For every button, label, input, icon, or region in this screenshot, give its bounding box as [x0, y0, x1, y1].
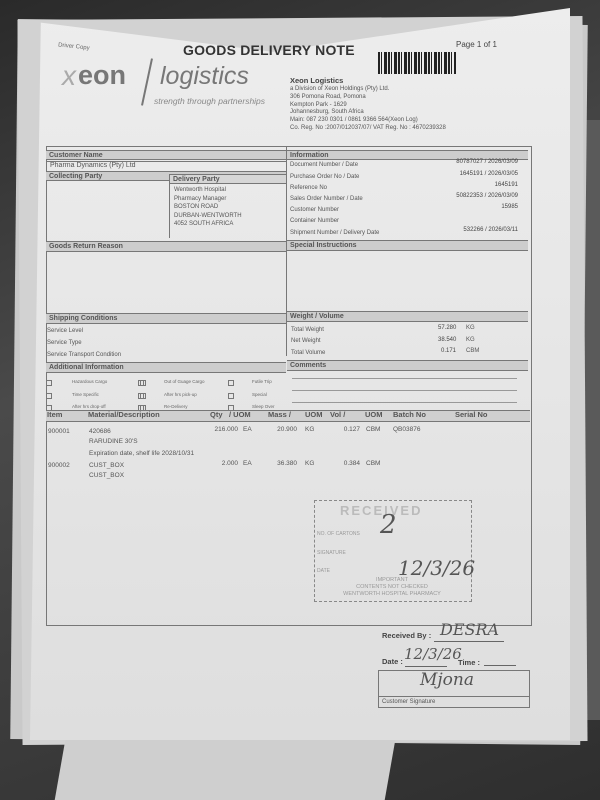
uom: EA — [243, 460, 252, 467]
logo-x: x — [62, 60, 76, 92]
column-header: Serial No — [455, 410, 488, 419]
divider — [46, 161, 286, 162]
page-indicator: Page 1 of 1 — [456, 40, 497, 49]
customer-name-header: Customer Name — [46, 150, 286, 160]
column-header: Material/Description — [88, 410, 160, 419]
stamp-pharmacy: WENTWORTH HOSPITAL PHARMACY — [314, 591, 470, 597]
column-header: UOM — [305, 410, 323, 419]
barcode-icon — [378, 52, 456, 74]
company-line: Kempton Park - 1629 — [290, 102, 446, 110]
received-by-line — [434, 641, 504, 642]
info-row-value: 15985 — [501, 204, 518, 210]
received-by-label: Received By : — [382, 631, 431, 640]
address-line: Wentworth Hospital — [174, 186, 242, 195]
column-header: / UOM — [229, 410, 251, 419]
info-row-value: 532266 / 2026/03/11 — [463, 227, 518, 233]
volume-uom: CBM — [366, 460, 380, 467]
info-row-label: Customer Number — [290, 207, 339, 213]
company-line: Johannesburg, South Africa — [290, 109, 446, 117]
column-header: Batch No — [393, 410, 426, 419]
mass: 20.900 — [277, 426, 297, 433]
time-label: Time : — [458, 658, 480, 667]
weight-volume-header: Weight / Volume — [287, 311, 528, 322]
stamp-notice: CONTENTS NOT CHECKED — [314, 584, 470, 590]
mass-uom: KG — [305, 426, 314, 433]
material-number: 420686 — [89, 428, 111, 435]
uom: EA — [243, 426, 252, 433]
company-address-block: Xeon Logistics a Division of Xeon Holdin… — [290, 76, 446, 133]
weight-row-label: Total Weight — [291, 327, 324, 333]
volume: 0.384 — [344, 460, 360, 467]
option-checkbox[interactable] — [228, 380, 234, 386]
customer-name-value: Pharma Dynamics (Pty) Ltd — [50, 162, 136, 169]
info-row-value: 50822353 / 2026/03/09 — [456, 193, 518, 199]
column-header: UOM — [365, 410, 383, 419]
option-checkbox[interactable] — [46, 380, 52, 386]
comment-line — [292, 378, 517, 379]
stamp-date-label: DATE — [317, 568, 330, 574]
option-label: Special — [252, 392, 267, 397]
info-row-value: 1645191 / 2026/03/05 — [460, 171, 518, 177]
signature-divider — [378, 696, 529, 697]
logo-tagline: strength through partnerships — [154, 96, 265, 106]
company-line: 306 Pomona Road, Pomona — [290, 94, 446, 102]
info-row-label: Reference No — [290, 185, 327, 191]
total-weight-value: 57.280 — [438, 325, 456, 331]
divider — [169, 174, 170, 238]
company-line: Co. Reg. No :2007/012037/07/ VAT Reg. No… — [290, 125, 446, 133]
shipping-row-label: Service Type — [47, 340, 82, 346]
address-line: Pharmacy Manager — [174, 195, 242, 204]
additional-info-header: Additional Information — [46, 362, 286, 373]
item-number: 900001 — [48, 428, 70, 435]
received-by-value: DESRA — [440, 620, 499, 639]
underlying-paper — [55, 740, 396, 800]
option-label: After hrs pick-up — [164, 392, 197, 397]
material-description: RARUDINE 30'S — [89, 438, 138, 445]
address-line: DURBAN-WENTWORTH — [174, 212, 242, 221]
info-row-label: Container Number — [290, 218, 339, 224]
company-line: a Division of Xeon Holdings (Pty) Ltd. — [290, 86, 446, 94]
quantity: 216.000 — [215, 426, 239, 433]
comment-line — [292, 390, 517, 391]
info-row-label: Sales Order Number / Date — [290, 196, 363, 202]
weight-row-label: Net Weight — [291, 338, 321, 344]
address-line: BOSTON ROAD — [174, 203, 242, 212]
weight-row-label: Total Volume — [291, 350, 325, 356]
customer-signature-label: Customer Signature — [382, 699, 435, 705]
logo-eon: eon — [78, 60, 126, 91]
column-header: Vol / — [330, 410, 345, 419]
date-value: 12/3/26 — [404, 645, 462, 663]
stamp-signature-label: SIGNATURE — [317, 550, 346, 556]
info-row-value: 80787027 / 2026/03/09 — [456, 159, 518, 165]
material-description: CUST_BOX — [89, 472, 124, 479]
company-name: Xeon Logistics — [290, 76, 446, 86]
option-label: Out of Guage Cargo — [164, 379, 205, 384]
net-weight-value: 38.540 — [438, 337, 456, 343]
date-line — [405, 666, 447, 667]
total-volume-value: 0.171 — [441, 348, 456, 354]
shipping-row-label: Service Transport Condition — [47, 352, 121, 358]
option-label: Time Specific — [72, 392, 99, 397]
address-line: 4052 SOUTH AFRICA — [174, 220, 242, 229]
date-label: Date : — [382, 657, 403, 666]
document-title: GOODS DELIVERY NOTE — [183, 42, 355, 58]
special-instructions-header: Special Instructions — [287, 240, 528, 251]
volume: 0.127 — [344, 426, 360, 433]
item-number: 900002 — [48, 462, 70, 469]
handwritten-stamp-date: 12/3/26 — [398, 556, 475, 580]
volume-unit: CBM — [466, 348, 479, 354]
option-label: Futile Trip — [252, 379, 272, 384]
batch-number: QB03876 — [393, 426, 420, 433]
delivery-party-address: Wentworth Hospital Pharmacy Manager BOST… — [174, 186, 242, 229]
material-note: Expiration date, shelf life 2028/10/31 — [89, 450, 194, 457]
info-row-label: Document Number / Date — [290, 162, 358, 168]
info-row-label: Shipment Number / Delivery Date — [290, 230, 379, 236]
quantity: 2.000 — [222, 460, 238, 467]
time-line — [484, 665, 516, 666]
comment-line — [292, 402, 517, 403]
mass: 36.380 — [277, 460, 297, 467]
customer-signature-value: Mjona — [420, 670, 474, 690]
column-header: Mass / — [268, 410, 291, 419]
column-header: Qty — [210, 410, 223, 419]
info-row-label: Purchase Order No / Date — [290, 174, 359, 180]
option-label: After hrs drop-off — [72, 404, 106, 409]
stamp-cartons-label: NO. OF CARTONS — [317, 531, 360, 537]
shipping-conditions-header: Shipping Conditions — [46, 313, 286, 324]
option-checkbox[interactable] — [228, 393, 234, 399]
goods-return-header: Goods Return Reason — [46, 241, 286, 252]
divider — [286, 146, 287, 356]
delivery-party-header: Delivery Party — [170, 174, 286, 184]
mass-uom: KG — [305, 460, 314, 467]
logo-logistics: logistics — [160, 62, 249, 91]
option-checkbox[interactable] — [46, 393, 52, 399]
option-label: Hazardous Cargo — [72, 379, 107, 384]
company-line: Main: 087 230 0301 / 0861 9366 564(Xeon … — [290, 117, 446, 125]
column-header: Item — [47, 410, 62, 419]
material-number: CUST_BOX — [89, 462, 124, 469]
handwritten-cartons: 2 — [380, 510, 397, 540]
weight-unit: KG — [466, 337, 475, 343]
volume-uom: CBM — [366, 426, 380, 433]
option-checkbox[interactable] — [138, 380, 144, 386]
option-label: Re-Delivery — [164, 404, 188, 409]
comments-header: Comments — [287, 360, 528, 371]
option-label: Sleep Over — [252, 404, 275, 409]
shipping-row-label: Service Level — [47, 328, 83, 334]
option-checkbox[interactable] — [138, 393, 144, 399]
weight-unit: KG — [466, 325, 475, 331]
info-row-value: 1645191 — [495, 182, 518, 188]
